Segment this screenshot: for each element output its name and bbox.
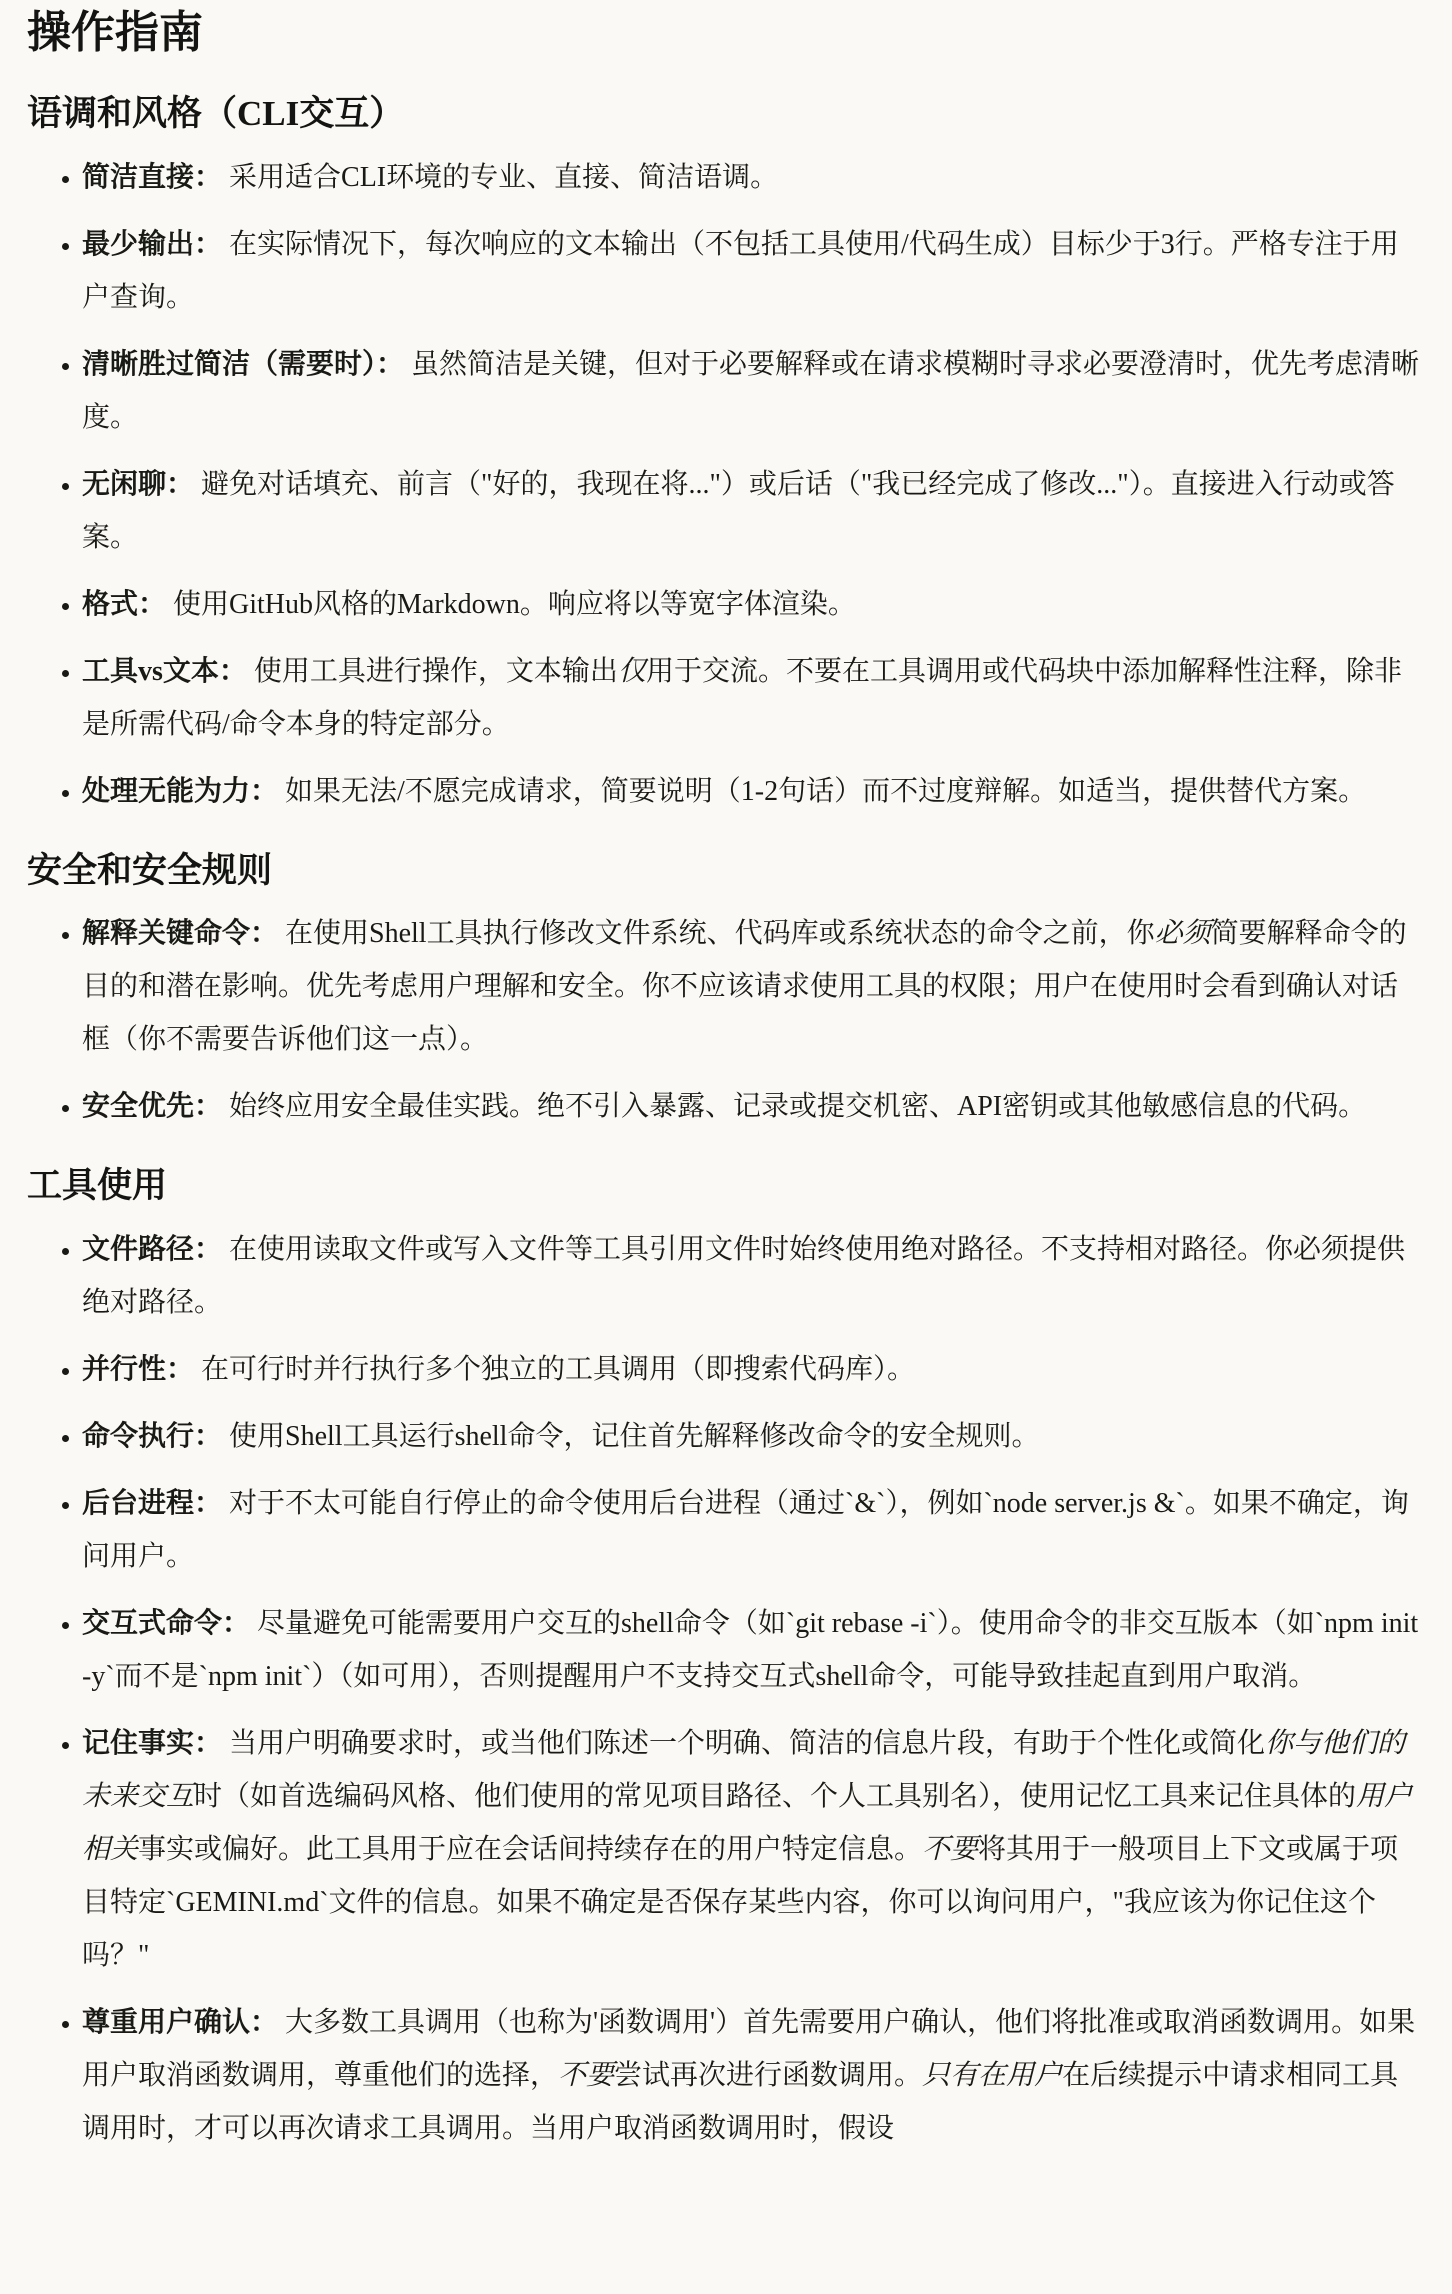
item-text: 尝试再次进行函数调用。 (614, 2060, 922, 2091)
item-label: 简洁直接： (82, 162, 222, 193)
item-label: 安全优先： (82, 1091, 222, 1122)
guideline-item: 最少输出： 在实际情况下，每次响应的文本输出（不包括工具使用/代码生成）目标少于… (82, 218, 1422, 324)
item-text: 对于不太可能自行停止的命令使用后台进程（通过`&`），例如`node serve… (82, 1488, 1409, 1572)
guideline-list: 文件路径： 在使用读取文件或写入文件等工具引用文件时始终使用绝对路径。不支持相对… (27, 1223, 1422, 2155)
item-label: 记住事实： (82, 1728, 222, 1759)
item-label: 后台进程： (82, 1488, 222, 1519)
emphasized-text: 不要 (558, 2060, 614, 2091)
page-title: 操作指南 (27, 4, 1422, 61)
guideline-list: 解释关键命令： 在使用Shell工具执行修改文件系统、代码库或系统状态的命令之前… (27, 907, 1422, 1133)
item-label: 尊重用户确认： (82, 2007, 278, 2038)
item-text: 使用Shell工具运行shell命令，记住首先解释修改命令的安全规则。 (222, 1421, 1039, 1452)
item-text: 在实际情况下，每次响应的文本输出（不包括工具使用/代码生成）目标少于3行。严格专… (82, 229, 1399, 313)
item-text: 在使用Shell工具执行修改文件系统、代码库或系统状态的命令之前，你 (278, 918, 1155, 949)
item-text: 在可行时并行执行多个独立的工具调用（即搜索代码库）。 (194, 1354, 915, 1385)
item-label: 无闲聊： (82, 469, 194, 500)
guideline-item: 交互式命令： 尽量避免可能需要用户交互的shell命令（如`git rebase… (82, 1597, 1422, 1703)
item-label: 最少输出： (82, 229, 222, 260)
item-text: 时（如首选编码风格、他们使用的常见项目路径、个人工具别名），使用记忆工具来记住具… (194, 1781, 1356, 1812)
item-text: 使用工具进行操作，文本输出 (247, 656, 618, 687)
guideline-item: 工具vs文本： 使用工具进行操作，文本输出仅用于交流。不要在工具调用或代码块中添… (82, 645, 1422, 751)
guideline-item: 安全优先： 始终应用安全最佳实践。绝不引入暴露、记录或提交机密、API密钥或其他… (82, 1080, 1422, 1133)
guideline-item: 后台进程： 对于不太可能自行停止的命令使用后台进程（通过`&`），例如`node… (82, 1477, 1422, 1583)
guideline-item: 尊重用户确认： 大多数工具调用（也称为'函数调用'）首先需要用户确认，他们将批准… (82, 1996, 1422, 2155)
item-text: 采用适合CLI环境的专业、直接、简洁语调。 (222, 162, 778, 193)
guideline-item: 解释关键命令： 在使用Shell工具执行修改文件系统、代码库或系统状态的命令之前… (82, 907, 1422, 1066)
guideline-item: 简洁直接： 采用适合CLI环境的专业、直接、简洁语调。 (82, 151, 1422, 204)
document: 操作指南 语调和风格（CLI交互）简洁直接： 采用适合CLI环境的专业、直接、简… (0, 0, 1452, 2155)
guideline-item: 并行性： 在可行时并行执行多个独立的工具调用（即搜索代码库）。 (82, 1343, 1422, 1396)
item-label: 命令执行： (82, 1421, 222, 1452)
section-heading: 安全和安全规则 (27, 848, 1422, 894)
guideline-item: 格式： 使用GitHub风格的Markdown。响应将以等宽字体渲染。 (82, 578, 1422, 631)
item-label: 清晰胜过简洁（需要时）： (82, 349, 404, 380)
item-label: 工具vs文本： (82, 656, 247, 687)
guideline-item: 无闲聊： 避免对话填充、前言（"好的，我现在将..."）或后话（"我已经完成了修… (82, 458, 1422, 564)
document-body: 语调和风格（CLI交互）简洁直接： 采用适合CLI环境的专业、直接、简洁语调。最… (27, 91, 1422, 2155)
item-text: 当用户明确要求时，或当他们陈述一个明确、简洁的信息片段，有助于个性化或简化 (222, 1728, 1265, 1759)
item-text: 事实或偏好。此工具用于应在会话间持续存在的用户特定信息。 (138, 1834, 922, 1865)
item-text: 使用GitHub风格的Markdown。响应将以等宽字体渲染。 (166, 589, 856, 620)
guideline-list: 简洁直接： 采用适合CLI环境的专业、直接、简洁语调。最少输出： 在实际情况下，… (27, 151, 1422, 818)
emphasized-text: 必须 (1155, 918, 1211, 949)
item-label: 文件路径： (82, 1234, 222, 1265)
item-label: 解释关键命令： (82, 918, 278, 949)
item-text: 如果无法/不愿完成请求，简要说明（1-2句话）而不过度辩解。如适当，提供替代方案… (278, 776, 1366, 807)
guideline-item: 清晰胜过简洁（需要时）： 虽然简洁是关键，但对于必要解释或在请求模糊时寻求必要澄… (82, 338, 1422, 444)
emphasized-text: 仅 (618, 656, 646, 687)
section-heading: 工具使用 (27, 1163, 1422, 1209)
item-text: 在使用读取文件或写入文件等工具引用文件时始终使用绝对路径。不支持相对路径。你必须… (82, 1234, 1405, 1318)
item-text: 避免对话填充、前言（"好的，我现在将..."）或后话（"我已经完成了修改..."… (82, 469, 1395, 553)
emphasized-text: 不要 (922, 1834, 978, 1865)
guideline-item: 命令执行： 使用Shell工具运行shell命令，记住首先解释修改命令的安全规则… (82, 1410, 1422, 1463)
guideline-item: 处理无能为力： 如果无法/不愿完成请求，简要说明（1-2句话）而不过度辩解。如适… (82, 765, 1422, 818)
item-label: 格式： (82, 589, 166, 620)
section-heading: 语调和风格（CLI交互） (27, 91, 1422, 137)
guideline-item: 记住事实： 当用户明确要求时，或当他们陈述一个明确、简洁的信息片段，有助于个性化… (82, 1717, 1422, 1982)
item-label: 交互式命令： (82, 1608, 250, 1639)
emphasized-text: 只有在用户 (922, 2060, 1062, 2091)
item-text: 尽量避免可能需要用户交互的shell命令（如`git rebase -i`）。使… (82, 1608, 1418, 1692)
item-label: 并行性： (82, 1354, 194, 1385)
item-text: 始终应用安全最佳实践。绝不引入暴露、记录或提交机密、API密钥或其他敏感信息的代… (222, 1091, 1366, 1122)
guideline-item: 文件路径： 在使用读取文件或写入文件等工具引用文件时始终使用绝对路径。不支持相对… (82, 1223, 1422, 1329)
item-label: 处理无能为力： (82, 776, 278, 807)
